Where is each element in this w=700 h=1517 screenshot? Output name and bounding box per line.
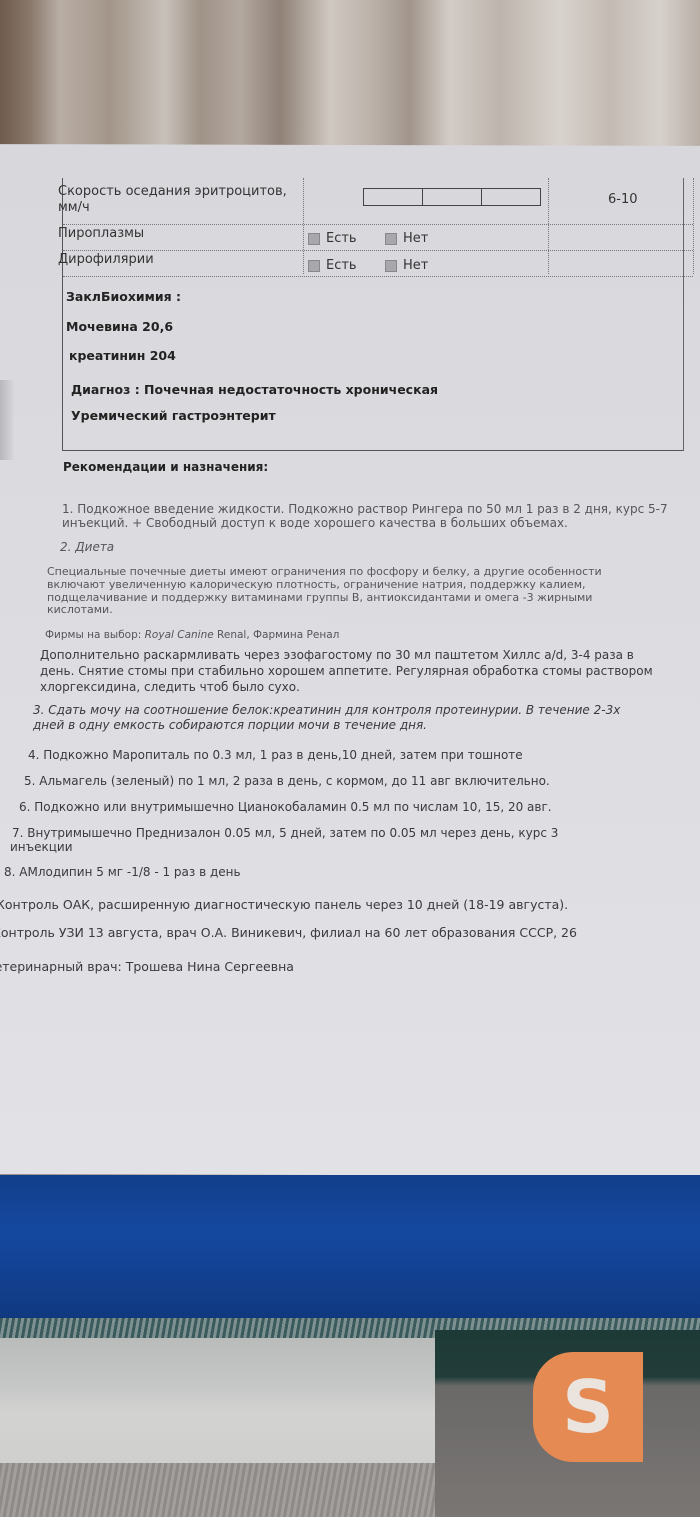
piroplasma-no-checkbox[interactable]: Нет <box>385 231 428 246</box>
feeding-text: хлоргексидина, следить чтоб было сухо. <box>40 680 300 694</box>
checkbox-icon[interactable] <box>308 260 320 272</box>
esr-value-boxes[interactable] <box>363 188 541 206</box>
piroplasma-label: Пироплазмы <box>58 226 144 242</box>
value-box[interactable] <box>423 189 482 205</box>
dirofilaria-yes-checkbox[interactable]: Есть <box>308 258 357 273</box>
bag-stripe <box>0 1463 435 1517</box>
urea-value: Мочевина 20,6 <box>66 319 173 334</box>
diet-text: включают увеличенную калорическую плотно… <box>47 578 586 592</box>
table-row-dirofilaria: Дирофилярии Есть Нет <box>63 250 693 277</box>
recommendation-2: 2. Диета <box>60 540 114 554</box>
brands-label: Фирмы на выбор: <box>45 629 145 641</box>
option-label: Нет <box>403 258 428 273</box>
dirofilaria-label: Дирофилярии <box>58 252 154 268</box>
checkbox-icon[interactable] <box>308 233 320 245</box>
diet-text: подщелачивание и поддержку витаминами гр… <box>47 591 592 605</box>
recommendation-8: 8. АМлодипин 5 мг -1/8 - 1 раз в день <box>4 865 241 879</box>
diagnosis-secondary: Уремический гастроэнтерит <box>71 408 276 423</box>
feeding-text: Дополнительно раскармливать через эзофаг… <box>40 648 634 662</box>
table-row-piroplasma: Пироплазмы Есть Нет <box>63 224 693 251</box>
option-label: Нет <box>403 231 428 246</box>
row-label: Скорость оседания эритроцитов, мм/ч <box>58 184 287 216</box>
table-row-esr: Скорость оседания эритроцитов, мм/ч 6-10 <box>63 178 693 225</box>
veterinarian-signature: Ветеринарный врач: Трошева Нина Сергеевн… <box>0 960 294 974</box>
value-box[interactable] <box>364 189 423 205</box>
recommendation-7: 7. Внутримышечно Преднизалон 0.05 мл, 5 … <box>12 826 558 840</box>
diet-text: Специальные почечные диеты имеют огранич… <box>47 565 602 579</box>
checkbox-icon[interactable] <box>385 260 397 272</box>
recommendation-1-cont: инъекций. + Свободный доступ к воде хоро… <box>62 516 568 530</box>
diagnosis: Диагноз : Почечная недостаточность хрони… <box>71 382 438 397</box>
option-label: Есть <box>326 231 357 246</box>
conclusion-heading: ЗаклБиохимия : <box>66 289 181 304</box>
control-ultrasound: Контроль УЗИ 13 августа, врач О.А. Виник… <box>0 926 577 940</box>
store-logo-icon: S <box>533 1352 643 1462</box>
option-label: Есть <box>326 258 357 273</box>
blue-folder <box>0 1175 700 1320</box>
brand-others: Renal, Фармина Ренал <box>214 629 340 641</box>
diet-text: кислотами. <box>47 603 113 617</box>
value-box[interactable] <box>482 189 540 205</box>
recommendation-1: 1. Подкожное введение жидкости. Подкожно… <box>62 502 668 516</box>
recommendation-5: 5. Альмагель (зеленый) по 1 мл, 2 раза в… <box>24 774 550 788</box>
recommendation-3: 3. Сдать мочу на соотношение белок:креат… <box>33 703 620 717</box>
esr-label: Скорость оседания эритроцитов, <box>58 184 287 200</box>
esr-norm: 6-10 <box>608 192 638 207</box>
recommendation-3-cont: дней в одну емкость собираются порции мо… <box>33 718 427 732</box>
bag-light-panel <box>0 1338 435 1463</box>
control-blood-test: Контроль ОАК, расширенную диагностическу… <box>0 898 568 912</box>
logo-letter: S <box>562 1365 614 1449</box>
brand-royal-canin: Royal Canine <box>145 629 214 641</box>
piroplasma-yes-checkbox[interactable]: Есть <box>308 231 357 246</box>
recommendation-6: 6. Подкожно или внутримышечно Цианокобал… <box>19 800 552 814</box>
creatinine-value: креатинин 204 <box>69 348 176 363</box>
curtain-background <box>0 0 700 150</box>
recommendation-4: 4. Подкожно Маропиталь по 0.3 мл, 1 раз … <box>28 748 523 762</box>
feeding-text: день. Снятие стомы при стабильно хорошем… <box>40 664 653 678</box>
recommendation-7-cont: инъекции <box>10 840 73 854</box>
lab-results-box: Скорость оседания эритроцитов, мм/ч 6-10… <box>62 178 684 451</box>
recommendations-heading: Рекомендации и назначения: <box>63 460 268 474</box>
dirofilaria-no-checkbox[interactable]: Нет <box>385 258 428 273</box>
brands-line: Фирмы на выбор: Royal Canine Renal, Фарм… <box>45 628 339 642</box>
column-divider <box>693 178 694 274</box>
page-shadow <box>0 380 14 460</box>
esr-unit: мм/ч <box>58 200 287 216</box>
checkbox-icon[interactable] <box>385 233 397 245</box>
